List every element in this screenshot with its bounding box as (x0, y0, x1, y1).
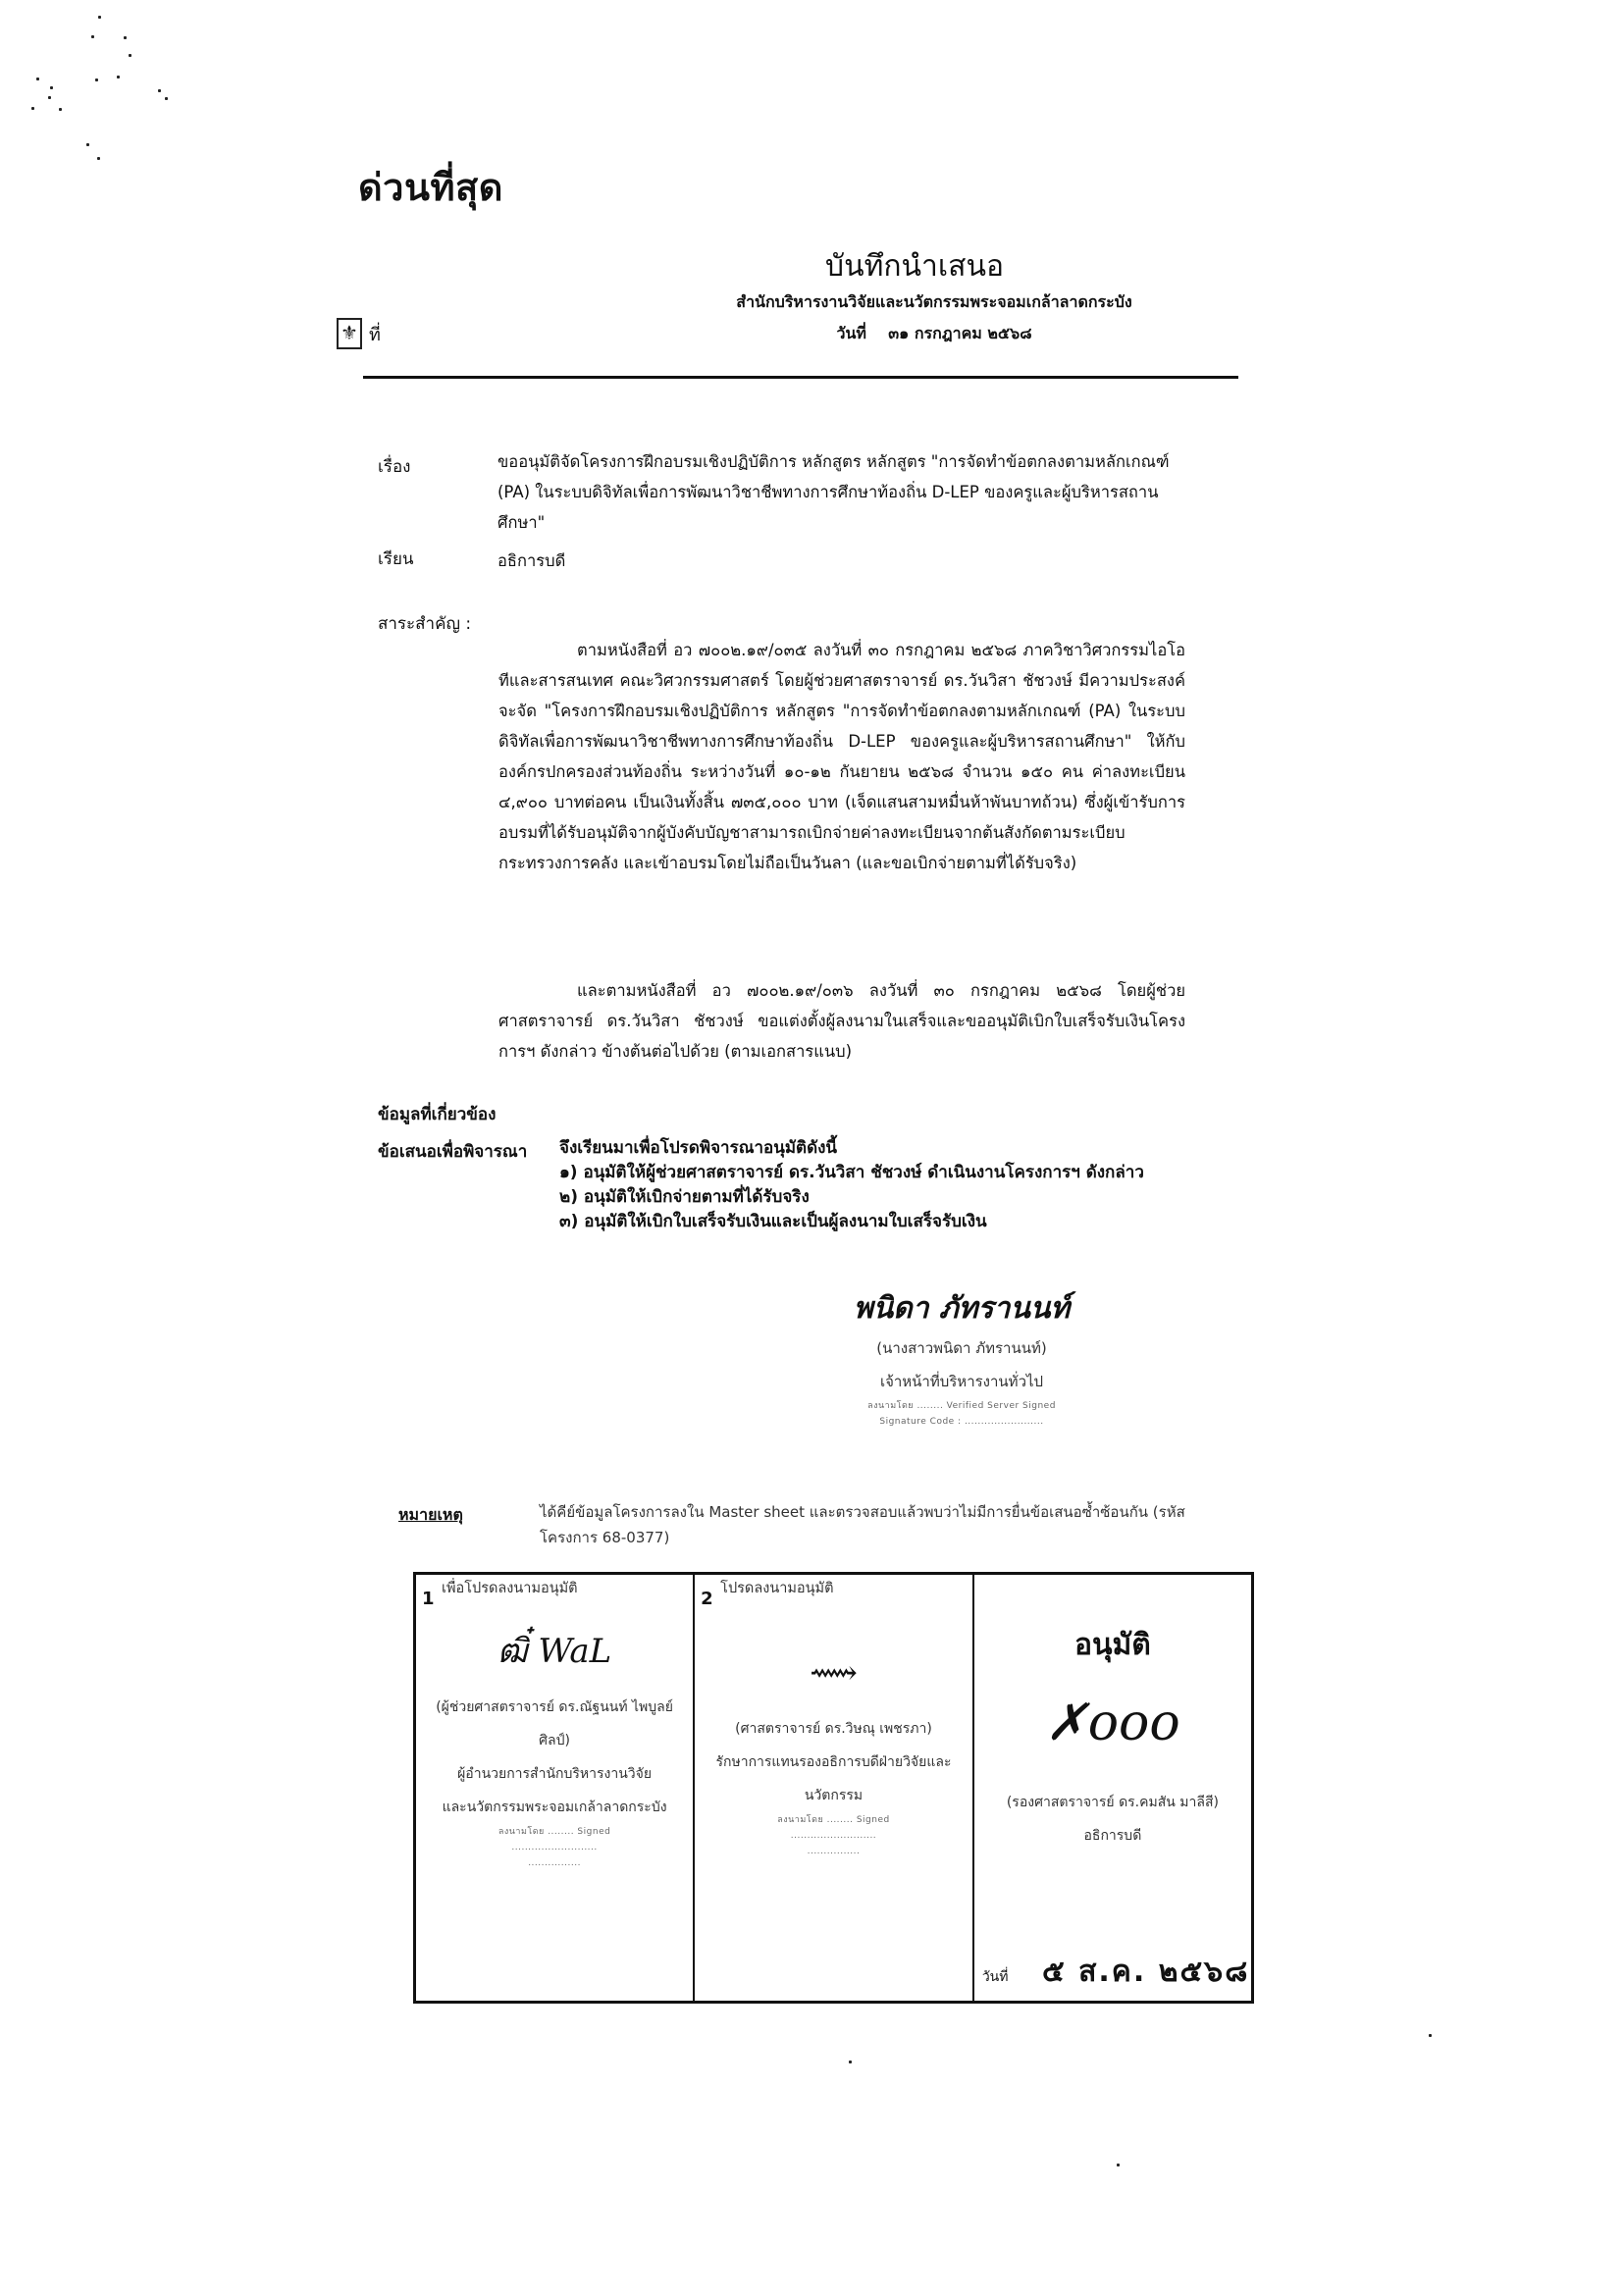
subject-label: เรื่อง (378, 453, 410, 480)
scan-speck (95, 78, 98, 81)
approval-box-3: อนุมัติ ✗ooo (รองศาสตราจารย์ ดร.คมสัน มา… (973, 1574, 1253, 2003)
addressee-label: เรียน (378, 546, 414, 572)
scan-speck (31, 107, 34, 110)
scan-speck (91, 35, 94, 38)
scan-speck (117, 76, 120, 78)
urgency-label: ด่วนที่สุด (358, 157, 503, 217)
scan-speck (86, 143, 89, 146)
scan-speck (129, 54, 131, 57)
approval-box-1: 1 เพื่อโปรดลงนามอนุมัติ ฒิ๋ WaL (ผู้ช่วย… (415, 1574, 695, 2003)
approval-box-heading: โปรดลงนามอนุมัติ (720, 1577, 833, 1599)
officer-signature-code: Signature Code : .......................… (765, 1414, 1158, 1430)
approver-digital-line: ลงนามโดย ........ Signed (416, 1824, 693, 1840)
scan-speck (97, 157, 100, 160)
subject-text: ขออนุมัติจัดโครงการฝึกอบรมเชิงปฏิบัติการ… (497, 446, 1184, 538)
approver-name: (ศาสตราจารย์ ดร.วิษณุ เพชรภา) (695, 1712, 972, 1746)
approver-digital-line: ................ (416, 1855, 693, 1871)
scan-speck (124, 36, 127, 39)
scan-speck (158, 89, 161, 92)
president-position: อธิการบดี (974, 1819, 1251, 1852)
summary-paragraph-1-text: ตามหนังสือที่ อว ๗๐๐๒.๑๙/๐๓๕ ลงวันที่ ๓๐… (498, 641, 1185, 872)
scan-speck (48, 96, 51, 99)
related-info-label: ข้อมูลที่เกี่ยวข้อง (378, 1101, 496, 1127)
scan-speck (50, 86, 53, 89)
approver-name: (ผู้ช่วยศาสตราจารย์ ดร.ณัฐนนท์ ไพบูลย์ศิ… (416, 1691, 693, 1757)
approved-stamp: อนุมัติ (974, 1622, 1251, 1668)
addressee-text: อธิการบดี (497, 546, 565, 576)
officer-digital-signature-line: ลงนามโดย ........ Verified Server Signed (765, 1398, 1158, 1414)
approval-date-stamp: ๕ ส.ค. ๒๕๖๘ (1042, 1955, 1249, 1989)
summary-paragraph-2-text: และตามหนังสือที่ อว ๗๐๐๒.๑๙/๐๓๖ ลงวันที่… (498, 981, 1185, 1061)
approver-digital-line: ลงนามโดย ........ Signed (695, 1812, 972, 1828)
proposal-label: ข้อเสนอเพื่อพิจารณา (378, 1138, 527, 1165)
approval-date-row: วันที่ ๕ ส.ค. ๒๕๖๘ (982, 1949, 1250, 1995)
scan-speck (849, 2061, 852, 2063)
approver-signature: ฒิ๋ WaL (416, 1612, 693, 1691)
scan-speck (36, 78, 39, 80)
approver-position: และนวัตกรรมพระจอมเกล้าลาดกระบัง (416, 1791, 693, 1824)
proposal-intro: จึงเรียนมาเพื่อโปรดพิจารณาอนุมัติดังนี้ (559, 1136, 1144, 1161)
approval-box-number: 2 (701, 1589, 713, 1609)
summary-label: สาระสำคัญ : (378, 610, 471, 637)
summary-paragraph-2: และตามหนังสือที่ อว ๗๐๐๒.๑๙/๐๓๖ ลงวันที่… (498, 975, 1185, 1067)
president-name: (รองศาสตราจารย์ ดร.คมสัน มาลีสี) (974, 1786, 1251, 1819)
proposal-item: ๑) อนุมัติให้ผู้ช่วยศาสตราจารย์ ดร.วันวิ… (559, 1161, 1144, 1185)
approver-position: รักษาการแทนรองอธิการบดีฝ่ายวิจัยและนวัตก… (695, 1746, 972, 1812)
scan-speck (59, 108, 62, 111)
approver-digital-line: .......................... (416, 1840, 693, 1855)
note-label: หมายเหตุ (398, 1503, 463, 1528)
scan-speck (165, 97, 168, 100)
date-label: วันที่ (836, 324, 865, 342)
memo-title: บันทึกนำเสนอ (0, 243, 1623, 289)
summary-paragraph-1: ตามหนังสือที่ อว ๗๐๐๒.๑๙/๐๓๕ ลงวันที่ ๓๐… (498, 635, 1185, 878)
approval-box-number: 1 (422, 1589, 435, 1609)
approver-signature: ⟿ (695, 1634, 972, 1712)
approval-box-heading: เพื่อโปรดลงนามอนุมัติ (442, 1577, 578, 1599)
date-value: ๓๑ กรกฎาคม ๒๕๖๘ (888, 324, 1031, 342)
approver-digital-line: ................ (695, 1844, 972, 1859)
approval-date-label: วันที่ (982, 1969, 1009, 1985)
approval-box-2: 2 โปรดลงนามอนุมัติ ⟿ (ศาสตราจารย์ ดร.วิษ… (694, 1574, 973, 2003)
organization-name: สำนักบริหารงานวิจัยและนวัตกรรมพระจอมเกล้… (0, 290, 1623, 315)
president-signature: ✗ooo (974, 1694, 1251, 1752)
officer-position: เจ้าหน้าที่บริหารงานทั่วไป (765, 1365, 1158, 1398)
header-divider (363, 376, 1238, 379)
approver-position: ผู้อำนวยการสำนักบริหารงานวิจัย (416, 1757, 693, 1791)
scan-speck (98, 16, 101, 19)
memo-date: วันที่ ๓๑ กรกฎาคม ๒๕๖๘ (0, 322, 1623, 346)
scan-speck (1117, 2164, 1120, 2166)
approver-digital-line: .......................... (695, 1828, 972, 1844)
proposal-item: ๓) อนุมัติให้เบิกใบเสร็จรับเงินและเป็นผู… (559, 1210, 1144, 1234)
note-text: ได้คีย์ข้อมูลโครงการลงใน Master sheet แล… (540, 1499, 1236, 1550)
officer-signature: พนิดา ภัทรานนท์ (765, 1285, 1158, 1331)
proposal-item: ๒) อนุมัติให้เบิกจ่ายตามที่ได้รับจริง (559, 1185, 1144, 1210)
scan-speck (1429, 2034, 1432, 2037)
approvals-table: 1 เพื่อโปรดลงนามอนุมัติ ฒิ๋ WaL (ผู้ช่วย… (413, 1572, 1254, 2004)
proposal-block: จึงเรียนมาเพื่อโปรดพิจารณาอนุมัติดังนี้ … (559, 1136, 1144, 1234)
officer-name: (นางสาวพนิดา ภัทรานนท์) (765, 1331, 1158, 1365)
officer-signature-block: พนิดา ภัทรานนท์ (นางสาวพนิดา ภัทรานนท์) … (765, 1285, 1158, 1430)
